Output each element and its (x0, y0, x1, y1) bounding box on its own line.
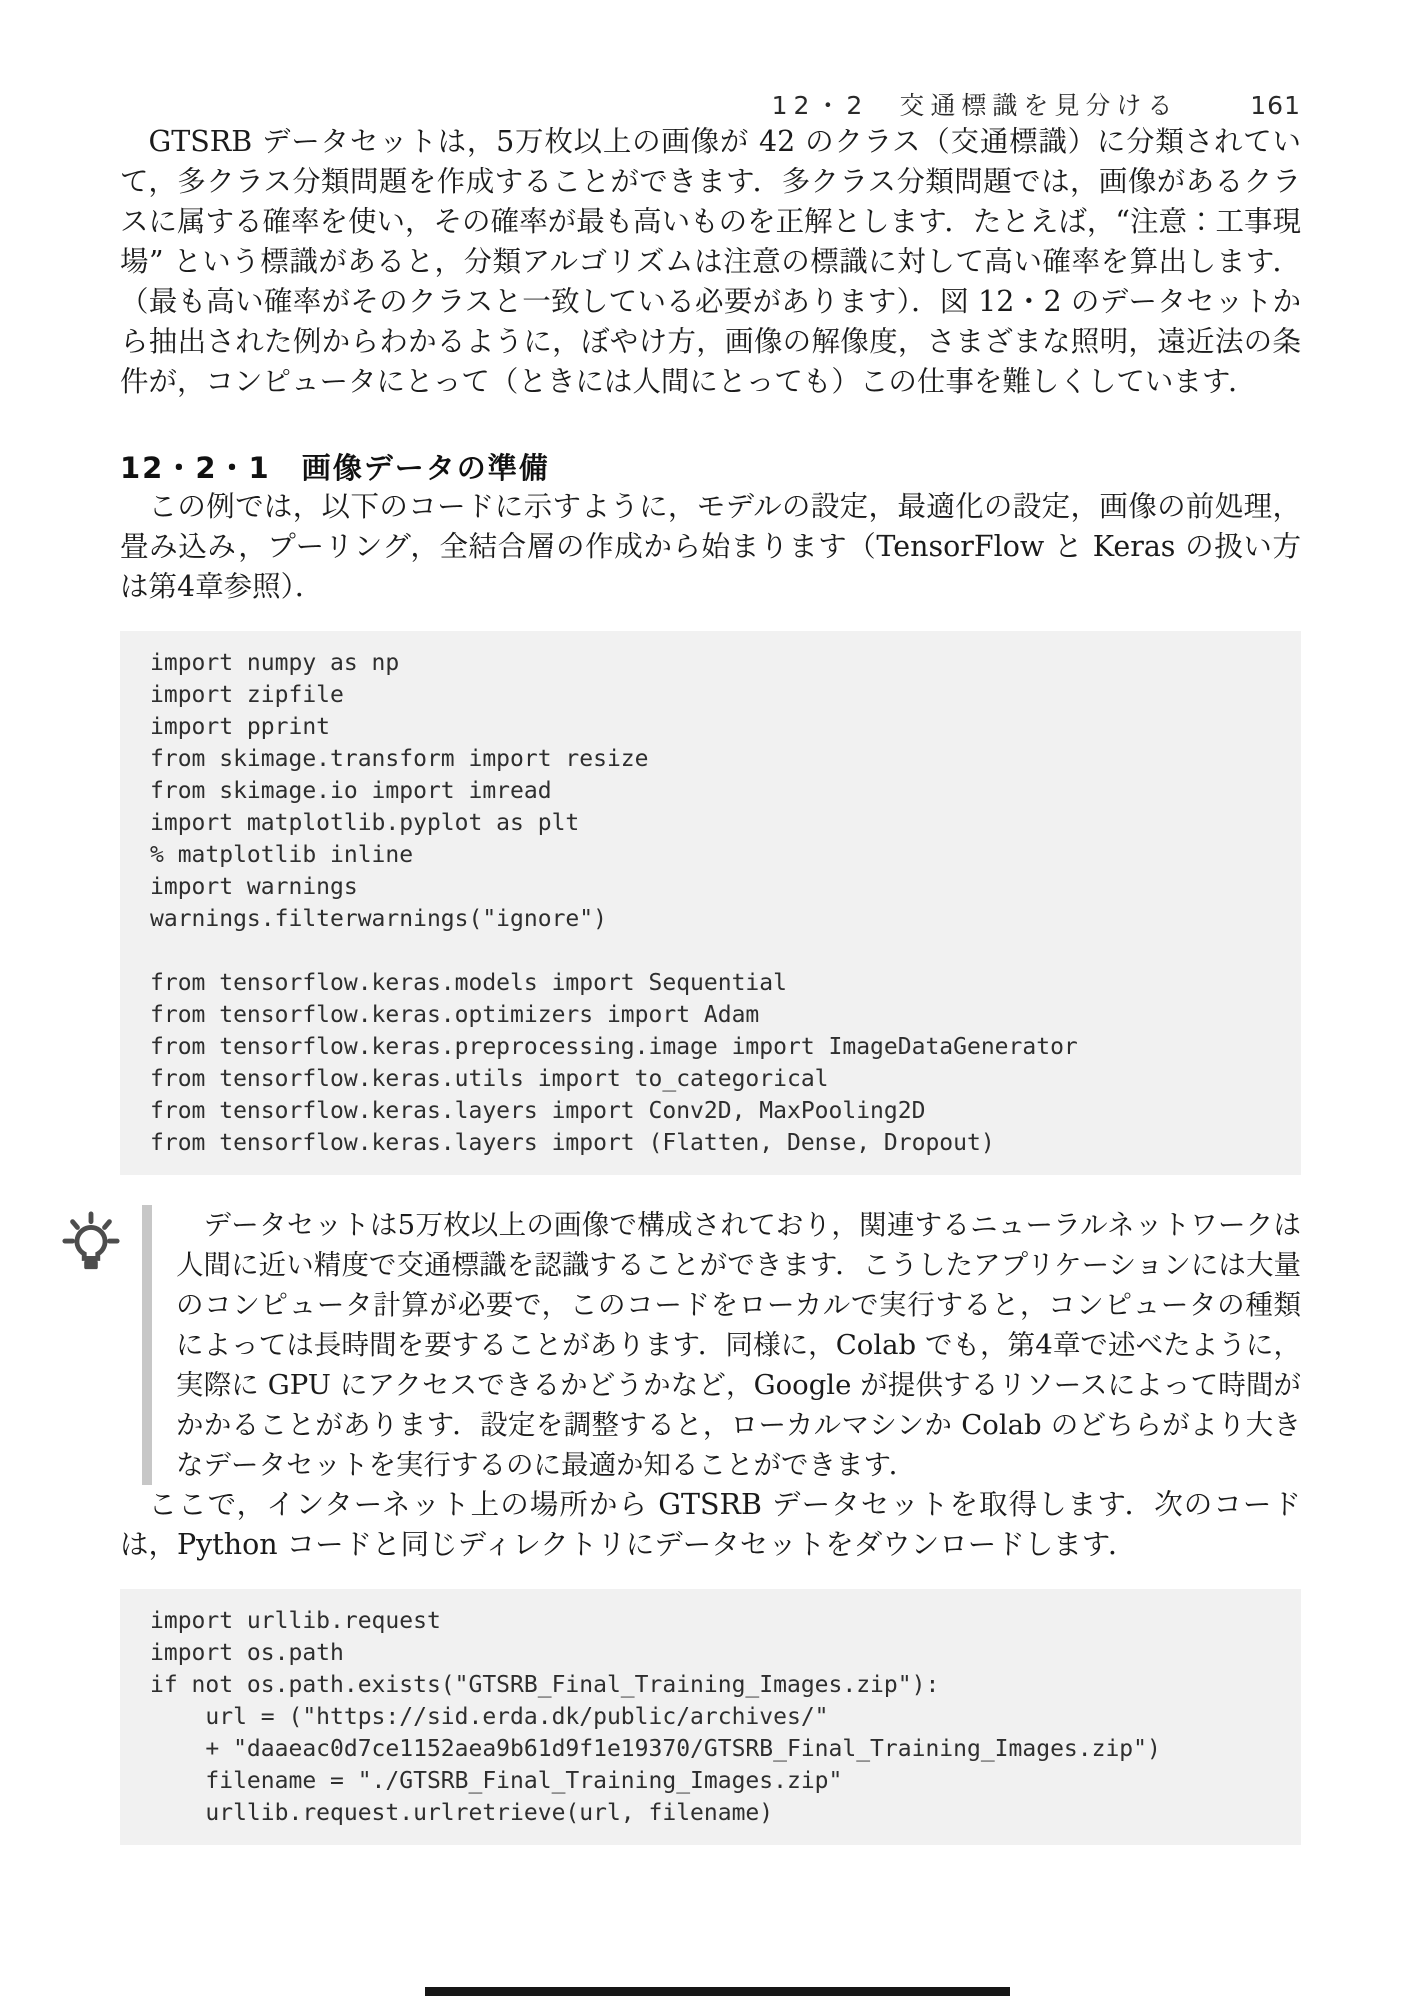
tip-divider-bar (142, 1205, 152, 1485)
scan-artifact-bar (425, 1987, 1010, 1996)
code-block-download: import urllib.request import os.path if … (120, 1589, 1301, 1845)
paragraph-download: ここで，インターネット上の場所から GTSRB データセットを取得します．次のコ… (120, 1485, 1301, 1565)
paragraph-setup: この例では，以下のコードに示すように，モデルの設定，最適化の設定，画像の前処理，… (120, 487, 1301, 607)
paragraph-intro: GTSRB データセットは，5万枚以上の画像が 42 のクラス（交通標識）に分類… (120, 122, 1301, 402)
page-content: 12・2 交通標識を見分ける 161 GTSRB データセットは，5万枚以上の画… (0, 0, 1417, 1845)
tip-box: データセットは5万枚以上の画像で構成されており，関連するニューラルネットワークは… (120, 1205, 1301, 1485)
code-block-imports: import numpy as np import zipfile import… (120, 631, 1301, 1175)
tip-text: データセットは5万枚以上の画像で構成されており，関連するニューラルネットワークは… (152, 1205, 1301, 1485)
page-number: 161 (1250, 91, 1301, 120)
running-head-title: 12・2 交通標識を見分ける (772, 91, 1179, 120)
lightbulb-icon (60, 1205, 122, 1485)
book-page: 12・2 交通標識を見分ける 161 GTSRB データセットは，5万枚以上の画… (0, 0, 1417, 2000)
section-heading: 12・2・1 画像データの準備 (120, 446, 1301, 487)
running-header: 12・2 交通標識を見分ける 161 (120, 86, 1301, 122)
